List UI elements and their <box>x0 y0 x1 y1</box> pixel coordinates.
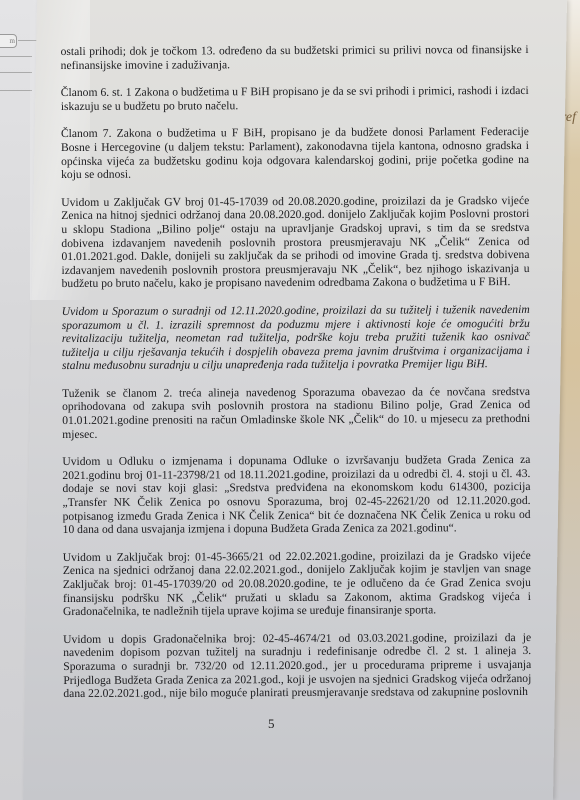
paragraph-conclusion-2021: Uvidom u Zaključak broj: 01-45-3665/21 o… <box>63 549 531 619</box>
paragraph-budget-receipts: ostali prihodi; dok je točkom 13. određe… <box>61 43 529 72</box>
paragraph-conclusion-gv: Uvidom u Zaključak GV broj 01-45-17039 o… <box>61 194 529 291</box>
paragraph-mayor-letter: Uvidom u dopis Gradonačelnika broj: 02-4… <box>63 631 531 701</box>
page-number: 5 <box>268 716 275 732</box>
background-line <box>0 90 32 91</box>
paragraph-defendant-obligation: Tuženik se članom 2. treća alineja naved… <box>62 385 530 441</box>
paragraph-cooperation-agreement: Uvidom u Sporazum o suradnji od 12.11.20… <box>62 303 530 373</box>
background-line <box>0 72 32 73</box>
paragraph-article-7: Članom 7. Zakona o budžetima u F BiH, pr… <box>61 125 529 181</box>
paragraph-decision-amendments: Uvidom u Odluku o izmjenama i dopunama O… <box>62 453 530 537</box>
background-line <box>0 56 32 57</box>
document-body: ostali prihodi; dok je točkom 13. određe… <box>61 43 532 715</box>
background-tab-label: m <box>0 34 17 48</box>
paragraph-article-6: Članom 6. st. 1 Zakona o budžetima u F B… <box>61 84 529 113</box>
